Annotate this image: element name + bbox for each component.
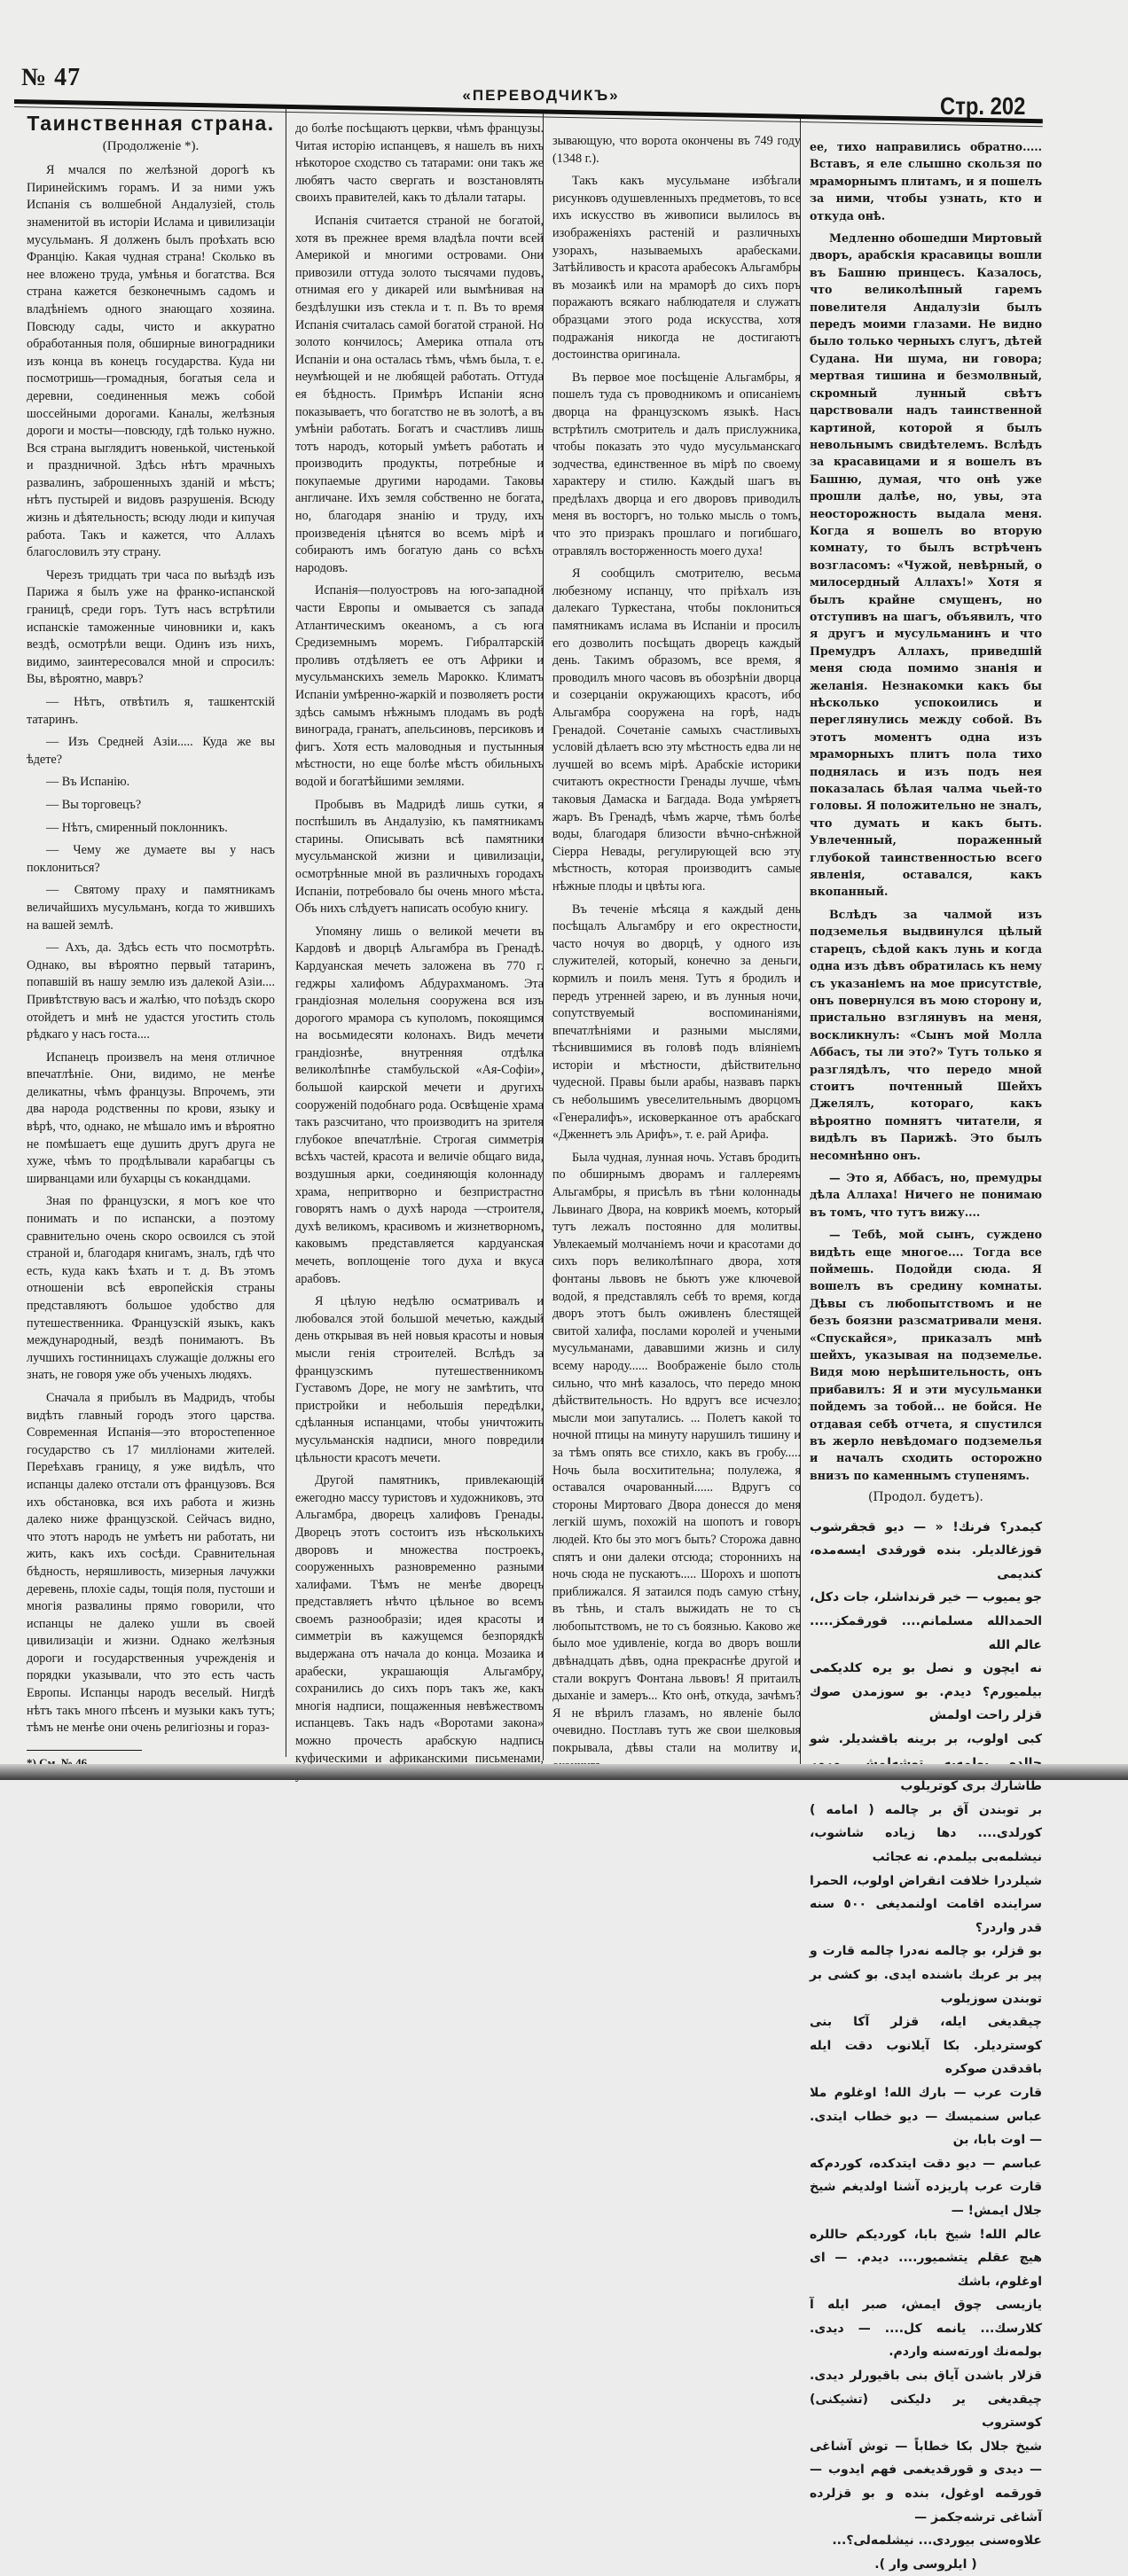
paragraph: Испанія—полуостровъ на юго-западной част…: [295, 582, 544, 791]
paragraph: Я мчался по желѣзной дорогѣ къ Пиринейск…: [27, 162, 275, 562]
paragraph: Испанія считается страной не богатой, хо…: [295, 213, 544, 577]
page-number: Стр. 202: [940, 92, 1025, 121]
dialogue-line: — Вы торговецъ?: [27, 797, 275, 815]
paragraph: Я сообщилъ смотрителю, весьма любезному …: [552, 566, 801, 895]
dialogue-line: — Ахъ, да. Здѣсь есть что посмотрѣть. Од…: [27, 940, 275, 1044]
paragraph: до болѣе посѣщаютъ церкви, чѣмъ французы…: [295, 121, 544, 207]
paragraph: Вслѣдъ за чалмой изъ подземелья выдвинул…: [810, 906, 1042, 1164]
paragraph: ее, тихо направились обратно..... Вставъ…: [810, 138, 1042, 224]
dialogue-line: — Нѣтъ, смиренный поклонникъ.: [27, 820, 275, 838]
page-bottom-edge: [0, 1764, 1128, 1780]
newspaper-page: № 47 «ПЕРЕВОДЧИКЪ» Стр. 202 Таинственная…: [0, 0, 1128, 1780]
paragraph: Пробывъ въ Мадридѣ лишь сутки, я поспѣши…: [295, 797, 544, 918]
paragraph: Испанецъ произвелъ на меня отличное впеч…: [27, 1050, 275, 1189]
dialogue-line: — Святому праху и памятникамъ величайших…: [27, 882, 275, 934]
paragraph: Зная по французски, я могъ кое что поним…: [27, 1193, 275, 1385]
paragraph: зывающую, что ворота окончены въ 749 год…: [552, 133, 801, 168]
dialogue-line: — Нѣтъ, отвѣтилъ я, ташкентскій татаринъ…: [27, 694, 275, 729]
article-column-3: зывающую, что ворота окончены въ 749 год…: [552, 133, 801, 1780]
to-be-continued: (Продол. будетъ).: [810, 1489, 1042, 1506]
dialogue-line: — Это я, Аббасъ, но, премудры дѣла Аллах…: [810, 1169, 1042, 1221]
article-column-4: ее, тихо направились обратно..... Вставъ…: [810, 138, 1042, 1780]
article-column-1: Таинственная страна. (Продолженіе *). Я …: [27, 115, 275, 1771]
paragraph: Сначала я прибылъ въ Мадридъ, чтобы видѣ…: [27, 1390, 275, 1737]
paragraph: Въ теченіе мѣсяца я каждый день посѣщалъ…: [552, 902, 801, 1144]
dialogue-line: — Тебѣ, мой сынъ, суждено видѣть еще мно…: [810, 1226, 1042, 1484]
article-title: Таинственная страна.: [27, 115, 275, 133]
paragraph: Другой памятникъ, привлекающій ежегодно …: [295, 1472, 544, 1780]
paragraph: Упомяну лишь о великой мечети въ Кардовѣ…: [295, 924, 544, 1288]
article-column-2: до болѣе посѣщаютъ церкви, чѣмъ французы…: [295, 121, 544, 1780]
paragraph: Медленно обошедши Миртовый дворъ, арабск…: [810, 230, 1042, 901]
tatar-line: کیمدر؟ فرنك! « — دیو قجقرشوب قوزغالدیلر.…: [810, 1516, 1042, 1587]
paragraph: Была чудная, лунная ночь. Уставъ бродить…: [552, 1150, 801, 1775]
issue-number: № 47: [21, 64, 81, 92]
dialogue-line: — Изъ Средней Азіи..... Куда же вы ѣдете…: [27, 734, 275, 769]
tatar-line: نه ایچون و نصل بو یره کلدیکمی بیلمیورم؟ …: [810, 1657, 1042, 1728]
tatar-line: جو یمیوب — خیر قرنداشلر، جات دکل، الحمدا…: [810, 1586, 1042, 1657]
footnote-rule: [27, 1750, 142, 1751]
paragraph: Черезъ тридцать три часа по выѣздѣ изъ П…: [27, 567, 275, 689]
paragraph: Такъ какъ мусульмане избѣгали рисунковъ …: [552, 173, 801, 364]
paragraph: Въ первое мое посѣщеніе Альгамбры, я пош…: [552, 370, 801, 561]
paragraph: Я цѣлую недѣлю осматривалъ и любовался э…: [295, 1293, 544, 1467]
dialogue-line: — Чему же думаете вы у насъ поклониться?: [27, 842, 275, 877]
newspaper-title: «ПЕРЕВОДЧИКЪ»: [355, 87, 727, 105]
tatar-arabic-script-section: کیمدر؟ فرنك! « — دیو قجقرشوب قوزغالدیلر.…: [810, 1516, 1042, 1780]
article-subtitle: (Продолженіе *).: [27, 138, 275, 156]
dialogue-line: — Въ Испанію.: [27, 774, 275, 792]
column-divider: [286, 108, 286, 1757]
